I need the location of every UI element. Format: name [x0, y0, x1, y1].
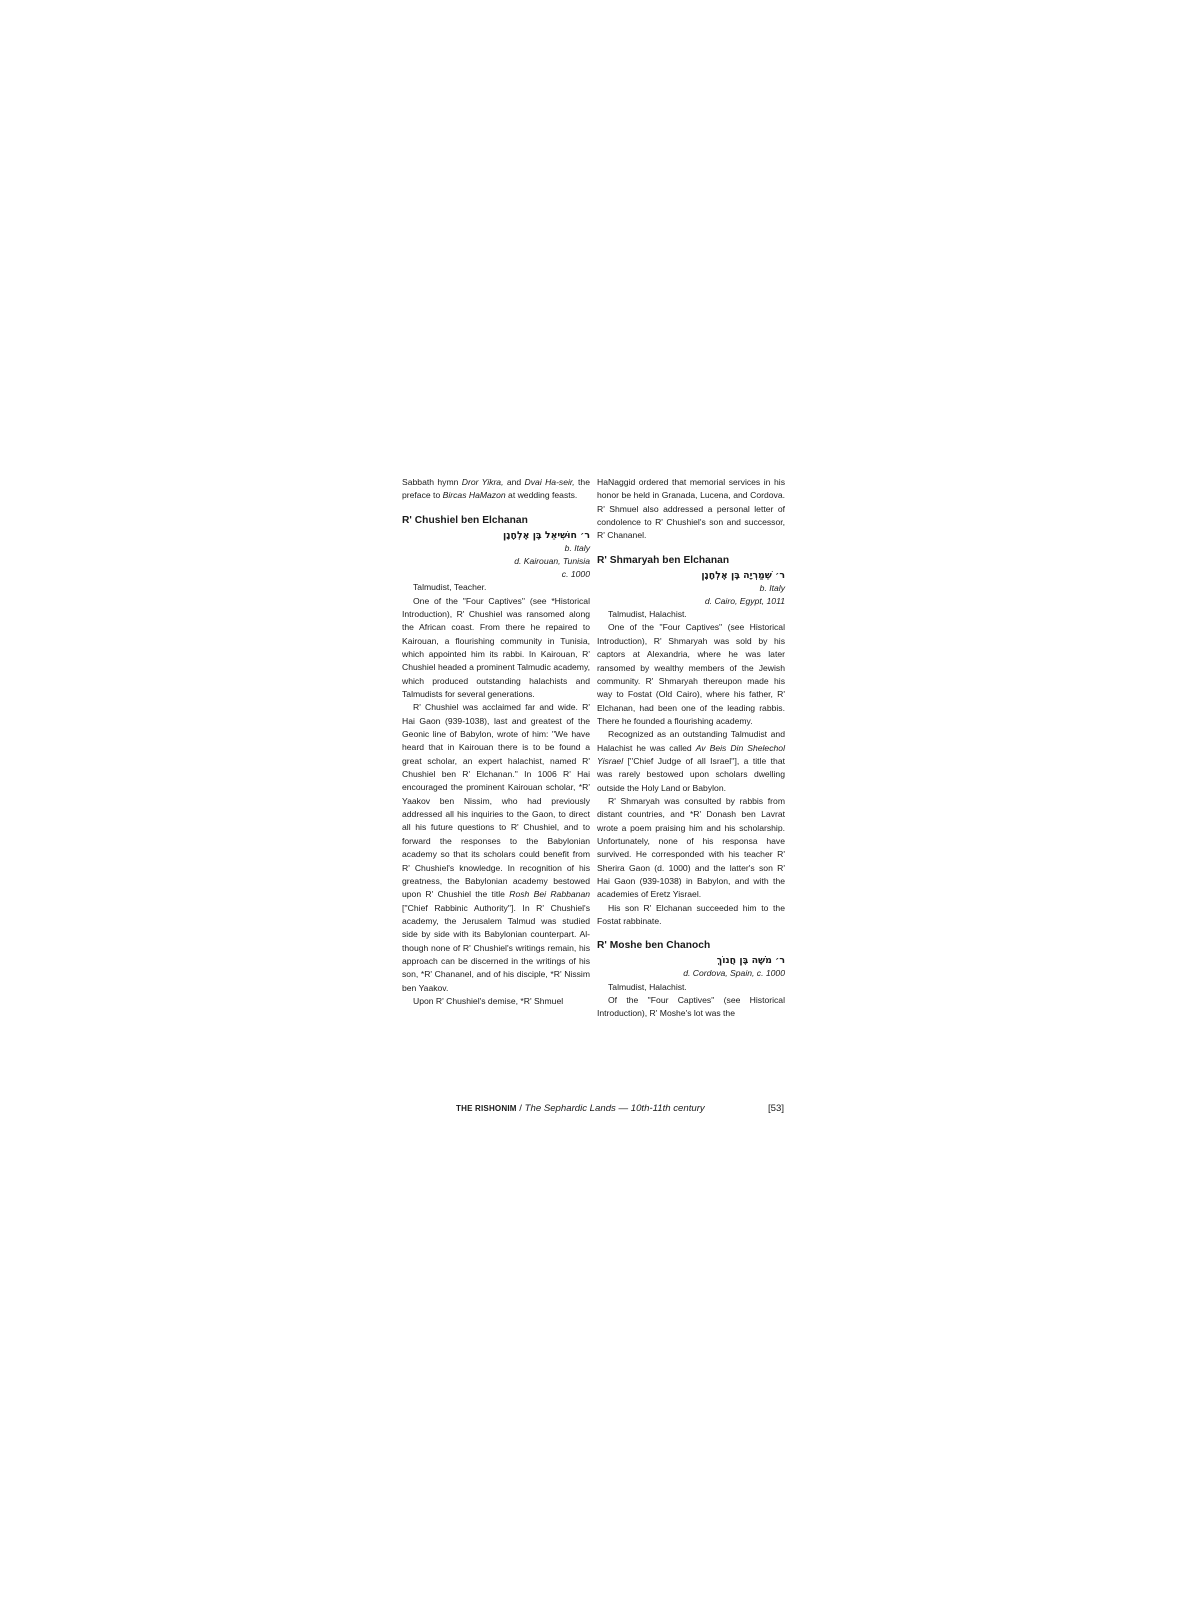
- right-column: HaNaggid ordered that memorial services …: [597, 476, 785, 1021]
- italic-title: Rosh Bei Rabbanan: [509, 889, 590, 899]
- death-place: d. Kairouan, Tunisia: [402, 555, 590, 568]
- paragraph-continued: Of the ''Four Captives'' (see Historical…: [597, 994, 785, 1021]
- italic-title: Dvai Ha-seir,: [525, 477, 575, 487]
- paragraph: His son R' Elchanan succeeded him to the…: [597, 902, 785, 929]
- intro-paragraph: Sabbath hymn Dror Yikra, and Dvai Ha-sei…: [402, 476, 590, 503]
- separator: /: [517, 1103, 525, 1114]
- hebrew-name-moshe: ר׳ מֹשֶׁה בֶּן חֲנוֹךְ: [597, 954, 785, 967]
- text-run: at wedding feasts.: [506, 490, 578, 500]
- paragraph-continued: Upon R' Chushiel's demise, *R' Shmuel: [402, 995, 590, 1008]
- running-footer: THE RISHONIM / The Sephardic Lands — 10t…: [456, 1102, 705, 1116]
- text-run: and: [503, 477, 524, 487]
- hebrew-name-chushiel: ר׳ חוּשִׁיאֵל בֶּן אֶלְחָנָן: [402, 529, 590, 542]
- paragraph-continuation: HaNaggid ordered that memorial services …: [597, 476, 785, 543]
- page-number: [53]: [768, 1102, 784, 1116]
- entry-heading-moshe: R' Moshe ben Chanoch: [597, 939, 785, 953]
- paragraph: One of the ''Four Captives'' (see *Histo…: [402, 595, 590, 702]
- entry-heading-chushiel: R' Chushiel ben Elchanan: [402, 514, 590, 528]
- role: Talmudist, Halachist.: [597, 608, 785, 621]
- hebrew-name-shmaryah: ר׳ שְׁמַרְיָה בֶּן אֶלְחָנָן: [597, 569, 785, 582]
- birth-place: b. Italy: [597, 582, 785, 595]
- role: Talmudist, Teacher.: [402, 581, 590, 594]
- death-place: d. Cordova, Spain, c. 1000: [597, 967, 785, 980]
- italic-title: Dror Yikra,: [462, 477, 504, 487]
- date: c. 1000: [402, 568, 590, 581]
- book-page: Sabbath hymn Dror Yikra, and Dvai Ha-sei…: [400, 476, 786, 1126]
- text-run: Sabbath hymn: [402, 477, 462, 487]
- footer-subtitle: The Sephardic Lands — 10th-11th century: [525, 1103, 705, 1114]
- left-column: Sabbath hymn Dror Yikra, and Dvai Ha-sei…: [402, 476, 590, 1008]
- italic-title: Bircas HaMazon: [443, 490, 506, 500]
- text-run: [''Chief Rabbinic Author­ity'']. In R' C…: [402, 903, 590, 993]
- series-name: THE RISHONIM: [456, 1104, 517, 1113]
- entry-heading-shmaryah: R' Shmaryah ben Elchanan: [597, 554, 785, 568]
- death-place: d. Cairo, Egypt, 1011: [597, 595, 785, 608]
- role: Talmudist, Halachist.: [597, 981, 785, 994]
- birth-place: b. Italy: [402, 542, 590, 555]
- paragraph: Recognized as an outstanding Talmud­ist …: [597, 728, 785, 795]
- text-run: R' Chushiel was acclaimed far and wide. …: [402, 702, 590, 899]
- paragraph: R' Shmaryah was consulted by rabbis from…: [597, 795, 785, 902]
- paragraph: R' Chushiel was acclaimed far and wide. …: [402, 701, 590, 995]
- paragraph: One of the ''Four Captives'' (see His­to…: [597, 621, 785, 728]
- text-run: [''Chief Judge of all Is­rael''], a titl…: [597, 756, 785, 793]
